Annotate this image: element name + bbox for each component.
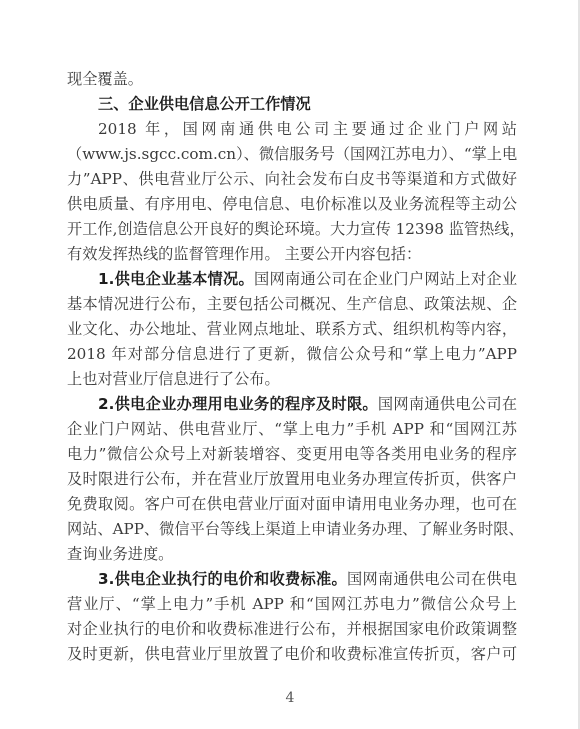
text-line: 及时更新，供电营业厅里放置了电价和收费标准宣传折页，客户可 xyxy=(67,642,517,667)
line-text: 2018 年对部分信息进行了更新，微信公众号和“掌上电力”APP xyxy=(67,345,517,363)
line-text: 基本情况进行公布，主要包括公司概况、生产信息、政策法规、企 xyxy=(67,295,517,313)
text-line: 基本情况进行公布，主要包括公司概况、生产信息、政策法规、企 xyxy=(67,292,517,317)
text-line: 1.供电企业基本情况。国网南通公司在企业门户网站上对企业 xyxy=(67,267,517,292)
text-line: 业文化、办公地址、营业网点地址、联系方式、组织机构等内容， xyxy=(67,317,517,342)
line-text: 企业门户网站、供电营业厅、“掌上电力”手机 APP 和“国网江苏 xyxy=(67,420,517,438)
line-text: 国网南通供电公司在 xyxy=(378,395,517,413)
heading-text: 三、企业供电信息公开工作情况 xyxy=(98,95,311,113)
line-text: 现全覆盖。 xyxy=(67,70,143,88)
line-text: 供电质量、有序用电、停电信息、电价标准以及业务流程等主动公 xyxy=(67,195,517,213)
line-text: 上也对营业厅信息进行了公布。 xyxy=(67,370,280,388)
line-text: 业文化、办公地址、营业网点地址、联系方式、组织机构等内容， xyxy=(67,320,517,338)
line-text: 有效发挥热线的监督管理作用。 主要公开内容包括： xyxy=(67,245,421,263)
text-line: 2.供电企业办理用电业务的程序及时限。国网南通供电公司在 xyxy=(67,392,517,417)
text-line: 开工作,创造信息公开良好的舆论环境。大力宣传 12398 监管热线， xyxy=(67,217,517,242)
document-body: 现全覆盖。三、企业供电信息公开工作情况2018 年，国网南通供电公司主要通过企业… xyxy=(67,67,517,667)
text-line: 查询业务进度。 xyxy=(67,542,517,567)
text-line: 现全覆盖。 xyxy=(67,67,517,92)
line-text: 及时限进行公布，并在营业厅放置用电业务办理宣传折页，供客户 xyxy=(67,470,517,488)
section-heading: 三、企业供电信息公开工作情况 xyxy=(67,92,517,117)
text-line: 有效发挥热线的监督管理作用。 主要公开内容包括： xyxy=(67,242,517,267)
text-line: 2018 年，国网南通供电公司主要通过企业门户网站 xyxy=(67,117,517,142)
line-text: 开工作,创造信息公开良好的舆论环境。大力宣传 12398 监管热线， xyxy=(67,220,525,238)
text-line: 对企业执行的电价和收费标准进行公布，并根据国家电价政策调整 xyxy=(67,617,517,642)
text-line: 营业厅、“掌上电力”手机 APP 和“国网江苏电力”微信公众号上 xyxy=(67,592,517,617)
line-text: 国网南通公司在企业门户网站上对企业 xyxy=(254,270,517,288)
text-line: 免费取阅。客户可在供电营业厅面对面申请用电业务办理，也可在 xyxy=(67,492,517,517)
line-text: 对企业执行的电价和收费标准进行公布，并根据国家电价政策调整 xyxy=(67,620,517,638)
text-line: 网站、APP、微信平台等线上渠道上申请业务办理、了解业务时限、 xyxy=(67,517,517,542)
item-title: 2.供电企业办理用电业务的程序及时限。 xyxy=(98,395,378,413)
line-text: 力”APP、供电营业厅公示、向社会发布白皮书等渠道和方式做好 xyxy=(67,170,517,188)
line-text: 查询业务进度。 xyxy=(67,545,173,563)
item-title: 3.供电企业执行的电价和收费标准。 xyxy=(98,570,347,588)
text-line: 企业门户网站、供电营业厅、“掌上电力”手机 APP 和“国网江苏 xyxy=(67,417,517,442)
text-line: 3.供电企业执行的电价和收费标准。国网南通供电公司在供电 xyxy=(67,567,517,592)
text-line: （www.js.sgcc.com.cn）、微信服务号（国网江苏电力）、“掌上电 xyxy=(67,142,517,167)
page-number: 4 xyxy=(0,690,580,706)
text-line: 电力”微信公众号上对新装增容、变更用电等各类用电业务的程序 xyxy=(67,442,517,467)
text-line: 及时限进行公布，并在营业厅放置用电业务办理宣传折页，供客户 xyxy=(67,467,517,492)
line-text: 国网南通供电公司在供电 xyxy=(347,570,517,588)
line-text: 电力”微信公众号上对新装增容、变更用电等各类用电业务的程序 xyxy=(67,445,517,463)
text-line: 上也对营业厅信息进行了公布。 xyxy=(67,367,517,392)
line-text: 2018 年，国网南通供电公司主要通过企业门户网站 xyxy=(98,120,517,138)
item-title: 1.供电企业基本情况。 xyxy=(98,270,254,288)
line-text: （www.js.sgcc.com.cn）、微信服务号（国网江苏电力）、“掌上电 xyxy=(67,145,517,163)
line-text: 网站、APP、微信平台等线上渠道上申请业务办理、了解业务时限、 xyxy=(67,520,524,538)
line-text: 及时更新，供电营业厅里放置了电价和收费标准宣传折页，客户可 xyxy=(67,645,517,663)
line-text: 营业厅、“掌上电力”手机 APP 和“国网江苏电力”微信公众号上 xyxy=(67,595,517,613)
text-line: 力”APP、供电营业厅公示、向社会发布白皮书等渠道和方式做好 xyxy=(67,167,517,192)
text-line: 2018 年对部分信息进行了更新，微信公众号和“掌上电力”APP xyxy=(67,342,517,367)
line-text: 免费取阅。客户可在供电营业厅面对面申请用电业务办理，也可在 xyxy=(67,495,517,513)
text-line: 供电质量、有序用电、停电信息、电价标准以及业务流程等主动公 xyxy=(67,192,517,217)
